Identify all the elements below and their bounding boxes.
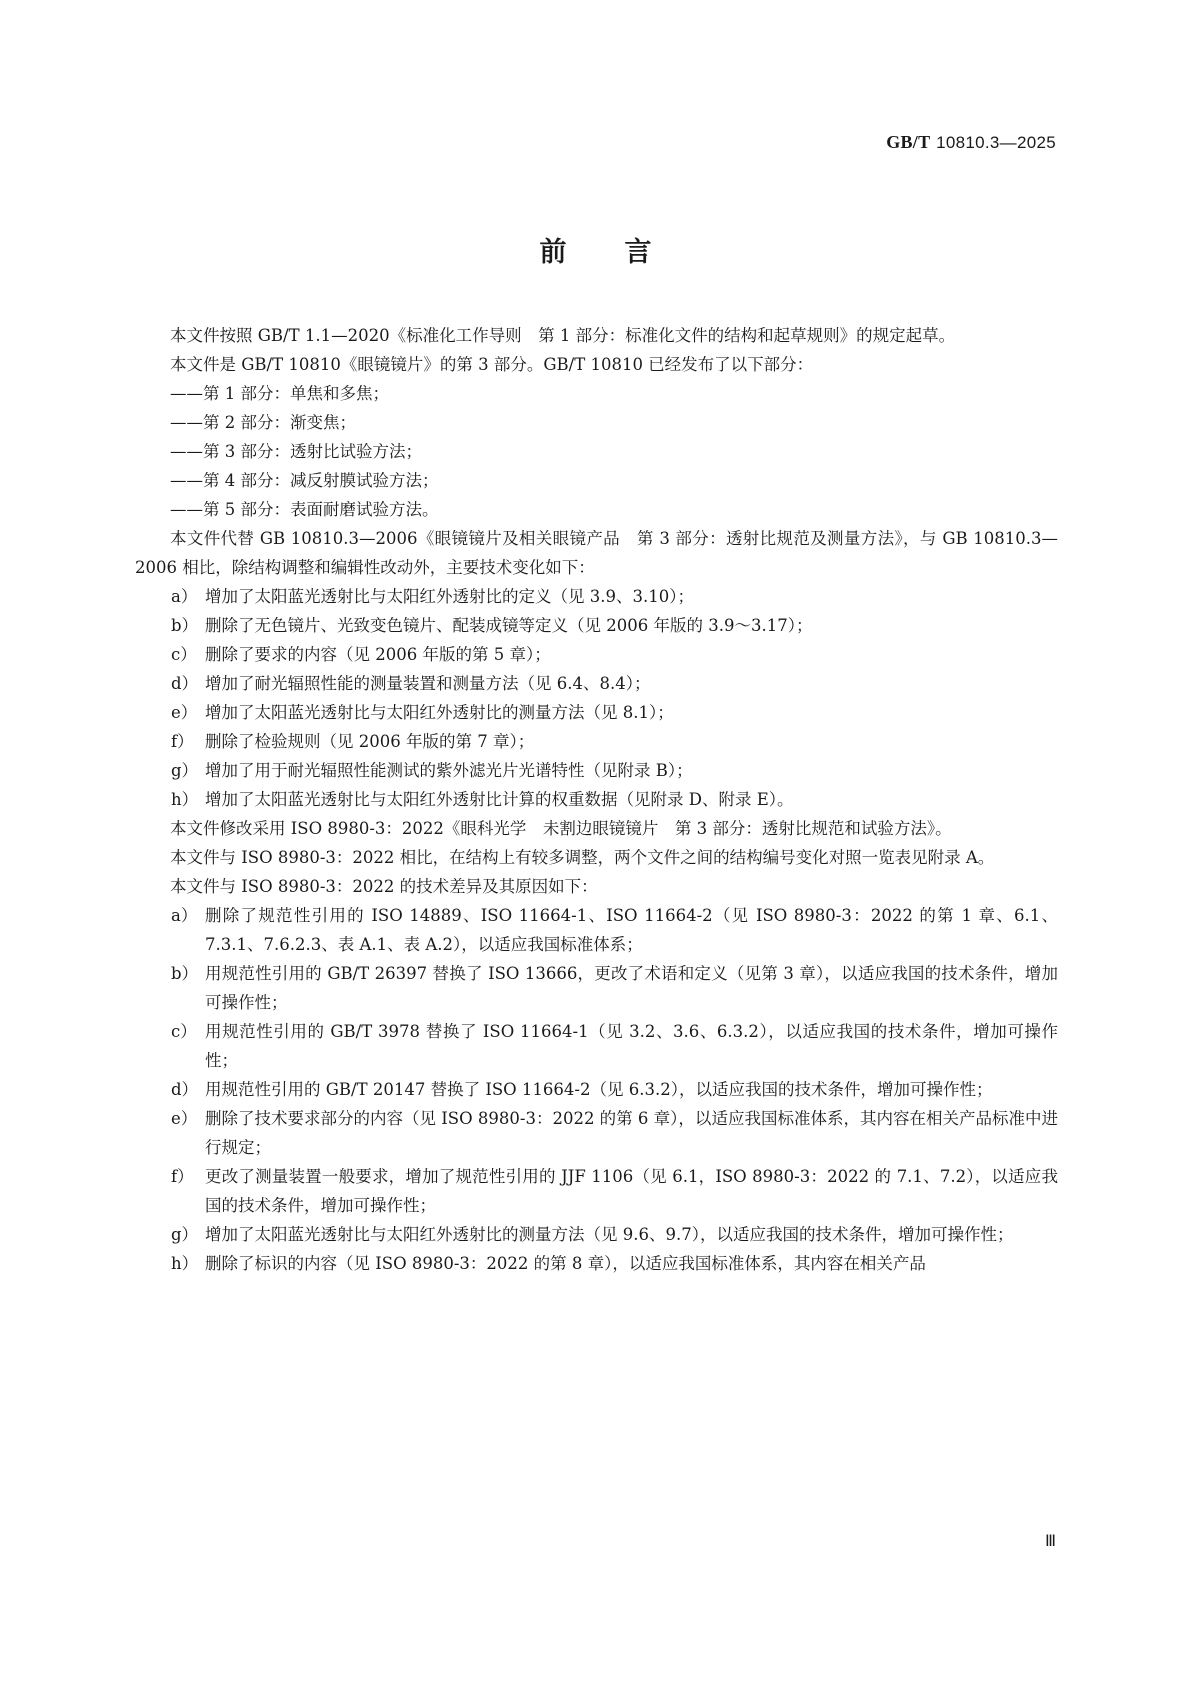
page-title: 前言 bbox=[0, 230, 1191, 269]
difference-item: g）增加了太阳蓝光透射比与太阳红外透射比的测量方法（见 9.6、9.7），以适应… bbox=[135, 1220, 1058, 1249]
change-text: 增加了耐光辐照性能的测量装置和测量方法（见 6.4、8.4）； bbox=[205, 674, 650, 693]
part-list-item: ——第 3 部分：透射比试验方法； bbox=[135, 437, 1058, 466]
list-marker: f） bbox=[171, 1162, 194, 1191]
difference-text: 用规范性引用的 GB/T 20147 替换了 ISO 11664-2（见 6.3… bbox=[205, 1080, 992, 1099]
difference-item: d）用规范性引用的 GB/T 20147 替换了 ISO 11664-2（见 6… bbox=[135, 1075, 1058, 1104]
part-list-item: ——第 2 部分：渐变焦； bbox=[135, 408, 1058, 437]
change-item: d）增加了耐光辐照性能的测量装置和测量方法（见 6.4、8.4）； bbox=[135, 669, 1058, 698]
list-marker: b） bbox=[171, 611, 198, 640]
paragraph-iso-adoption: 本文件修改采用 ISO 8980-3：2022《眼科光学 未割边眼镜镜片 第 3… bbox=[135, 814, 1058, 843]
paragraph-technical-differences: 本文件与 ISO 8980-3：2022 的技术差异及其原因如下： bbox=[135, 872, 1058, 901]
standard-code-header: GB/T 10810.3—2025 bbox=[886, 132, 1056, 153]
change-item: h）增加了太阳蓝光透射比与太阳红外透射比计算的权重数据（见附录 D、附录 E）。 bbox=[135, 785, 1058, 814]
list-marker: d） bbox=[171, 1075, 198, 1104]
list-marker: f） bbox=[171, 727, 194, 756]
change-text: 删除了无色镜片、光致变色镜片、配装成镜等定义（见 2006 年版的 3.9～3.… bbox=[205, 616, 812, 635]
change-item: e）增加了太阳蓝光透射比与太阳红外透射比的测量方法（见 8.1）； bbox=[135, 698, 1058, 727]
difference-item: e）删除了技术要求部分的内容（见 ISO 8980-3：2022 的第 6 章）… bbox=[135, 1104, 1058, 1162]
change-text: 增加了太阳蓝光透射比与太阳红外透射比的定义（见 3.9、3.10）； bbox=[205, 587, 694, 606]
difference-text: 删除了标识的内容（见 ISO 8980-3：2022 的第 8 章），以适应我国… bbox=[205, 1254, 926, 1273]
list-marker: a） bbox=[171, 582, 197, 611]
change-item: f）删除了检验规则（见 2006 年版的第 7 章）； bbox=[135, 727, 1058, 756]
difference-text: 更改了测量装置一般要求，增加了规范性引用的 JJF 1106（见 6.1，ISO… bbox=[205, 1167, 1058, 1215]
difference-text: 删除了技术要求部分的内容（见 ISO 8980-3：2022 的第 6 章），以… bbox=[205, 1109, 1058, 1157]
list-marker: c） bbox=[171, 1017, 197, 1046]
part-list-item: ——第 1 部分：单焦和多焦； bbox=[135, 379, 1058, 408]
list-marker: b） bbox=[171, 959, 198, 988]
list-marker: a） bbox=[171, 901, 197, 930]
change-text: 增加了太阳蓝光透射比与太阳红外透射比计算的权重数据（见附录 D、附录 E）。 bbox=[205, 790, 794, 809]
page-number: Ⅲ bbox=[1045, 1531, 1056, 1551]
list-marker: h） bbox=[171, 785, 198, 814]
part-list-item: ——第 5 部分：表面耐磨试验方法。 bbox=[135, 495, 1058, 524]
paragraph-structure-comparison: 本文件与 ISO 8980-3：2022 相比，在结构上有较多调整，两个文件之间… bbox=[135, 843, 1058, 872]
change-text: 增加了用于耐光辐照性能测试的紫外滤光片光谱特性（见附录 B）； bbox=[205, 761, 693, 780]
change-text: 删除了检验规则（见 2006 年版的第 7 章）； bbox=[205, 732, 534, 751]
part-list-item: ——第 4 部分：减反射膜试验方法； bbox=[135, 466, 1058, 495]
change-item: g）增加了用于耐光辐照性能测试的紫外滤光片光谱特性（见附录 B）； bbox=[135, 756, 1058, 785]
change-text: 删除了要求的内容（见 2006 年版的第 5 章）； bbox=[205, 645, 551, 664]
list-marker: e） bbox=[171, 1104, 197, 1133]
list-marker: c） bbox=[171, 640, 197, 669]
difference-item: b）用规范性引用的 GB/T 26397 替换了 ISO 13666，更改了术语… bbox=[135, 959, 1058, 1017]
change-text: 增加了太阳蓝光透射比与太阳红外透射比的测量方法（见 8.1）； bbox=[205, 703, 674, 722]
difference-text: 增加了太阳蓝光透射比与太阳红外透射比的测量方法（见 9.6、9.7），以适应我国… bbox=[205, 1225, 1013, 1244]
foreword-body: 本文件按照 GB/T 1.1—2020《标准化工作导则 第 1 部分：标准化文件… bbox=[135, 321, 1058, 1278]
difference-item: c）用规范性引用的 GB/T 3978 替换了 ISO 11664-1（见 3.… bbox=[135, 1017, 1058, 1075]
difference-item: a）删除了规范性引用的 ISO 14889、ISO 11664-1、ISO 11… bbox=[135, 901, 1058, 959]
paragraph-replacement: 本文件代替 GB 10810.3—2006《眼镜镜片及相关眼镜产品 第 3 部分… bbox=[135, 524, 1058, 582]
list-marker: g） bbox=[171, 756, 198, 785]
difference-text: 用规范性引用的 GB/T 26397 替换了 ISO 13666，更改了术语和定… bbox=[205, 964, 1058, 1012]
difference-item: h）删除了标识的内容（见 ISO 8980-3：2022 的第 8 章），以适应… bbox=[135, 1249, 1058, 1278]
standard-number: 10810.3—2025 bbox=[936, 133, 1056, 152]
difference-text: 删除了规范性引用的 ISO 14889、ISO 11664-1、ISO 1166… bbox=[205, 906, 1058, 954]
difference-item: f）更改了测量装置一般要求，增加了规范性引用的 JJF 1106（见 6.1，I… bbox=[135, 1162, 1058, 1220]
change-item: b）删除了无色镜片、光致变色镜片、配装成镜等定义（见 2006 年版的 3.9～… bbox=[135, 611, 1058, 640]
list-marker: e） bbox=[171, 698, 197, 727]
list-marker: d） bbox=[171, 669, 198, 698]
difference-text: 用规范性引用的 GB/T 3978 替换了 ISO 11664-1（见 3.2、… bbox=[205, 1022, 1058, 1070]
change-item: c）删除了要求的内容（见 2006 年版的第 5 章）； bbox=[135, 640, 1058, 669]
standard-prefix: GB/T bbox=[886, 132, 930, 152]
paragraph-drafting-rules: 本文件按照 GB/T 1.1—2020《标准化工作导则 第 1 部分：标准化文件… bbox=[135, 321, 1058, 350]
list-marker: g） bbox=[171, 1220, 198, 1249]
list-marker: h） bbox=[171, 1249, 198, 1278]
paragraph-series-intro: 本文件是 GB/T 10810《眼镜镜片》的第 3 部分。GB/T 10810 … bbox=[135, 350, 1058, 379]
change-item: a）增加了太阳蓝光透射比与太阳红外透射比的定义（见 3.9、3.10）； bbox=[135, 582, 1058, 611]
